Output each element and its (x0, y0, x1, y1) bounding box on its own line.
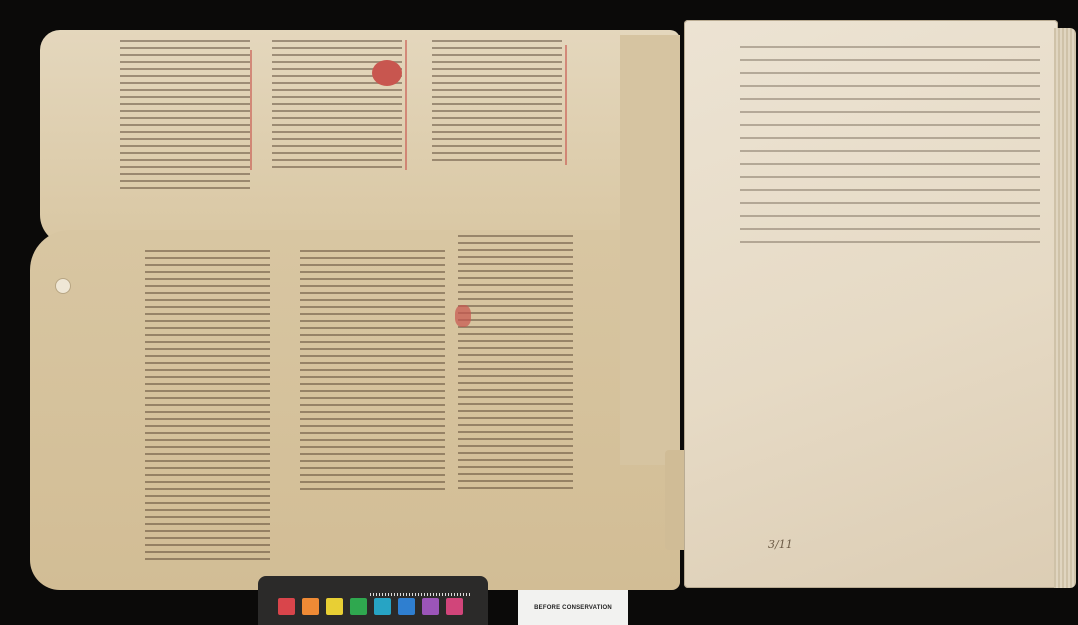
decorated-initial (372, 60, 402, 86)
text-column (120, 40, 250, 190)
color-swatch (374, 598, 391, 615)
manuscript-photo: 3/11 BEFORE CONSERVATION (0, 0, 1078, 625)
text-column (432, 40, 562, 165)
color-swatch (350, 598, 367, 615)
color-swatch (278, 598, 295, 615)
color-swatch (302, 598, 319, 615)
color-swatch (422, 598, 439, 615)
text-column (458, 235, 573, 490)
color-swatch (326, 598, 343, 615)
text-column (300, 250, 445, 490)
color-swatch (398, 598, 415, 615)
color-swatch (446, 598, 463, 615)
label-text: BEFORE CONSERVATION (534, 605, 612, 611)
paper-document: 3/11 (684, 20, 1058, 588)
handwritten-text (740, 46, 1040, 246)
foliation-mark: 3/11 (768, 538, 793, 551)
decorated-initial (455, 305, 471, 327)
label-card: BEFORE CONSERVATION (518, 590, 628, 625)
color-calibration-card (258, 576, 488, 625)
text-column (145, 250, 270, 560)
